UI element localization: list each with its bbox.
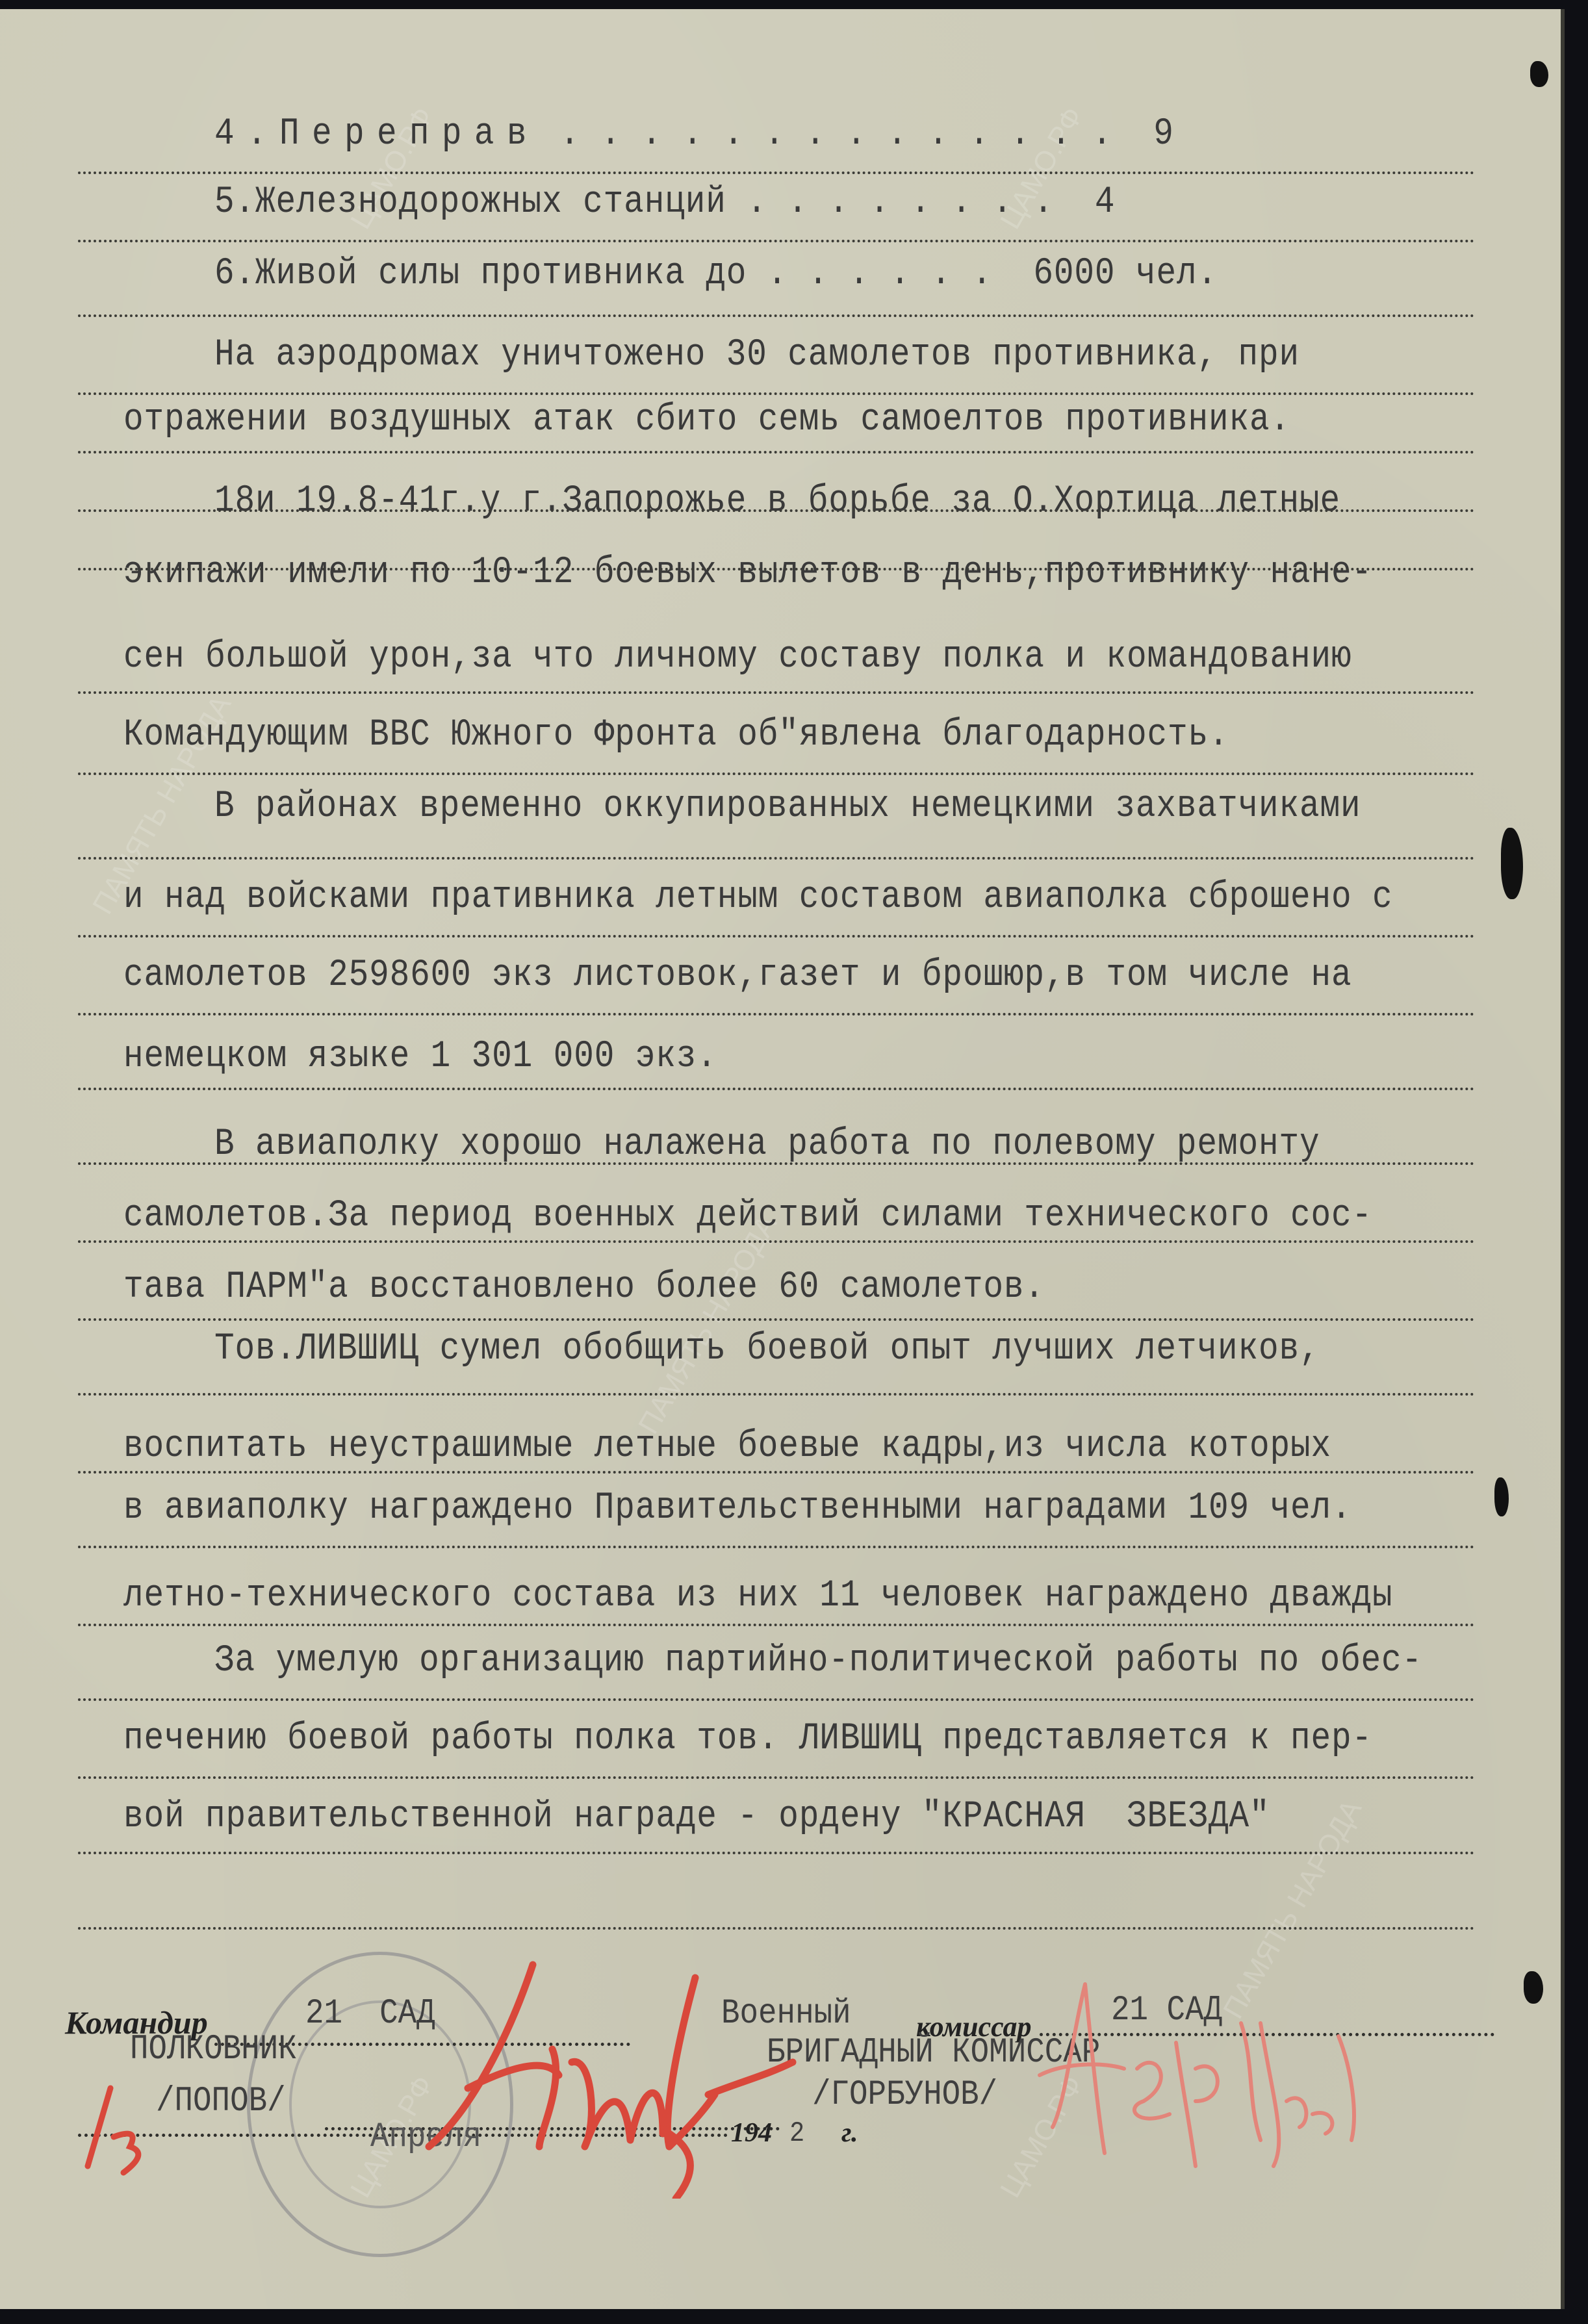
rule — [78, 451, 1475, 453]
rule — [78, 172, 1475, 174]
rule — [78, 935, 1475, 938]
punch-hole — [1501, 828, 1523, 899]
paragraph-line: сен большой урон,за что личному составу … — [123, 636, 1352, 678]
date-year-unit: г. — [841, 2117, 858, 2149]
paragraph-line: и над войсками пративника летным составо… — [123, 876, 1393, 919]
paragraph-line: вой правительственной награде - ордену "… — [123, 1796, 1270, 1838]
rule — [78, 1546, 1475, 1548]
rule — [78, 773, 1475, 775]
rule — [78, 1698, 1475, 1701]
handwritten-day-13 — [78, 2082, 162, 2179]
rule — [78, 1927, 1475, 1930]
paragraph-line: самолетов 2598600 экз листовок,газет и б… — [123, 954, 1352, 997]
paragraph-line: тава ПАРМ"а восстановлено более 60 самол… — [123, 1266, 1045, 1309]
rule — [78, 392, 1475, 395]
rule — [78, 857, 1475, 860]
paragraph-line: экипажи имели по 10-12 боевых вылетов в … — [123, 552, 1372, 594]
paragraph-line: воспитать неустрашимые летные боевые кад… — [123, 1425, 1331, 1468]
rule — [78, 1318, 1475, 1321]
rule — [78, 1624, 1475, 1626]
rule — [78, 1471, 1475, 1474]
rule — [78, 240, 1475, 242]
punch-hole — [1524, 1971, 1543, 2004]
paragraph-line: Тов.ЛИВШИЦ сумел обобщить боевой опыт лу… — [214, 1328, 1320, 1370]
rule — [78, 1852, 1475, 1854]
rule — [78, 314, 1475, 317]
rule — [78, 1240, 1475, 1243]
paragraph-line: самолетов.За период военных действий сил… — [123, 1195, 1372, 1237]
rule — [78, 691, 1475, 694]
document-sheet: ЦАМО.РФ ЦАМО.РФ ПАМЯТЬ НАРОДА ПАМЯТЬ НАР… — [0, 9, 1565, 2309]
list-item-4: 4.Переправ . . . . . . . . . . . . . . 9 — [214, 113, 1174, 155]
paragraph-line: отражении воздушных атак сбито семь само… — [123, 399, 1290, 441]
rule — [78, 568, 1475, 570]
paragraph-line: В районах временно оккупированных немецк… — [214, 785, 1361, 828]
paragraph-line: 18и 19.8-41г.у г.Запорожье в борьбе за О… — [214, 480, 1340, 522]
paragraph-line: На аэродромах уничтожено 30 самолетов пр… — [214, 334, 1300, 376]
commissar-signature — [1027, 1971, 1390, 2179]
paragraph-line: За умелую организацию партийно-политичес… — [214, 1640, 1422, 1682]
paragraph-line: В авиаполку хорошо налажена работа по по… — [214, 1123, 1320, 1166]
punch-hole — [1494, 1477, 1509, 1516]
paragraph-line: летно-технического состава из них 11 чел… — [123, 1575, 1393, 1617]
paragraph-line: Командующим ВВС Южного Фронта об"явлена … — [123, 714, 1229, 756]
rule — [78, 1776, 1475, 1779]
commander-name: /ПОПОВ/ — [156, 2082, 286, 2121]
commander-signature — [390, 1952, 812, 2199]
list-item-5: 5.Железнодорожных станций . . . . . . . … — [214, 181, 1115, 223]
commissar-name: /ГОРБУНОВ/ — [812, 2075, 997, 2115]
punch-hole — [1530, 61, 1548, 87]
watermark: ПАМЯТЬ НАРОДА — [632, 1210, 784, 1439]
rule — [78, 1013, 1475, 1015]
paragraph-line: немецком языке 1 301 000 экз. — [123, 1036, 717, 1078]
rule — [78, 1088, 1475, 1090]
paragraph-line: печению боевой работы полка тов. ЛИВШИЦ … — [123, 1718, 1372, 1760]
commander-rank: ПОЛКОВНИК — [130, 2030, 297, 2069]
rule — [78, 1162, 1475, 1165]
rule — [78, 509, 1475, 512]
rule — [78, 1393, 1475, 1396]
paragraph-line: в авиаполку награждено Правительственным… — [123, 1487, 1352, 1529]
list-item-6: 6.Живой силы противника до . . . . . . 6… — [214, 253, 1218, 295]
